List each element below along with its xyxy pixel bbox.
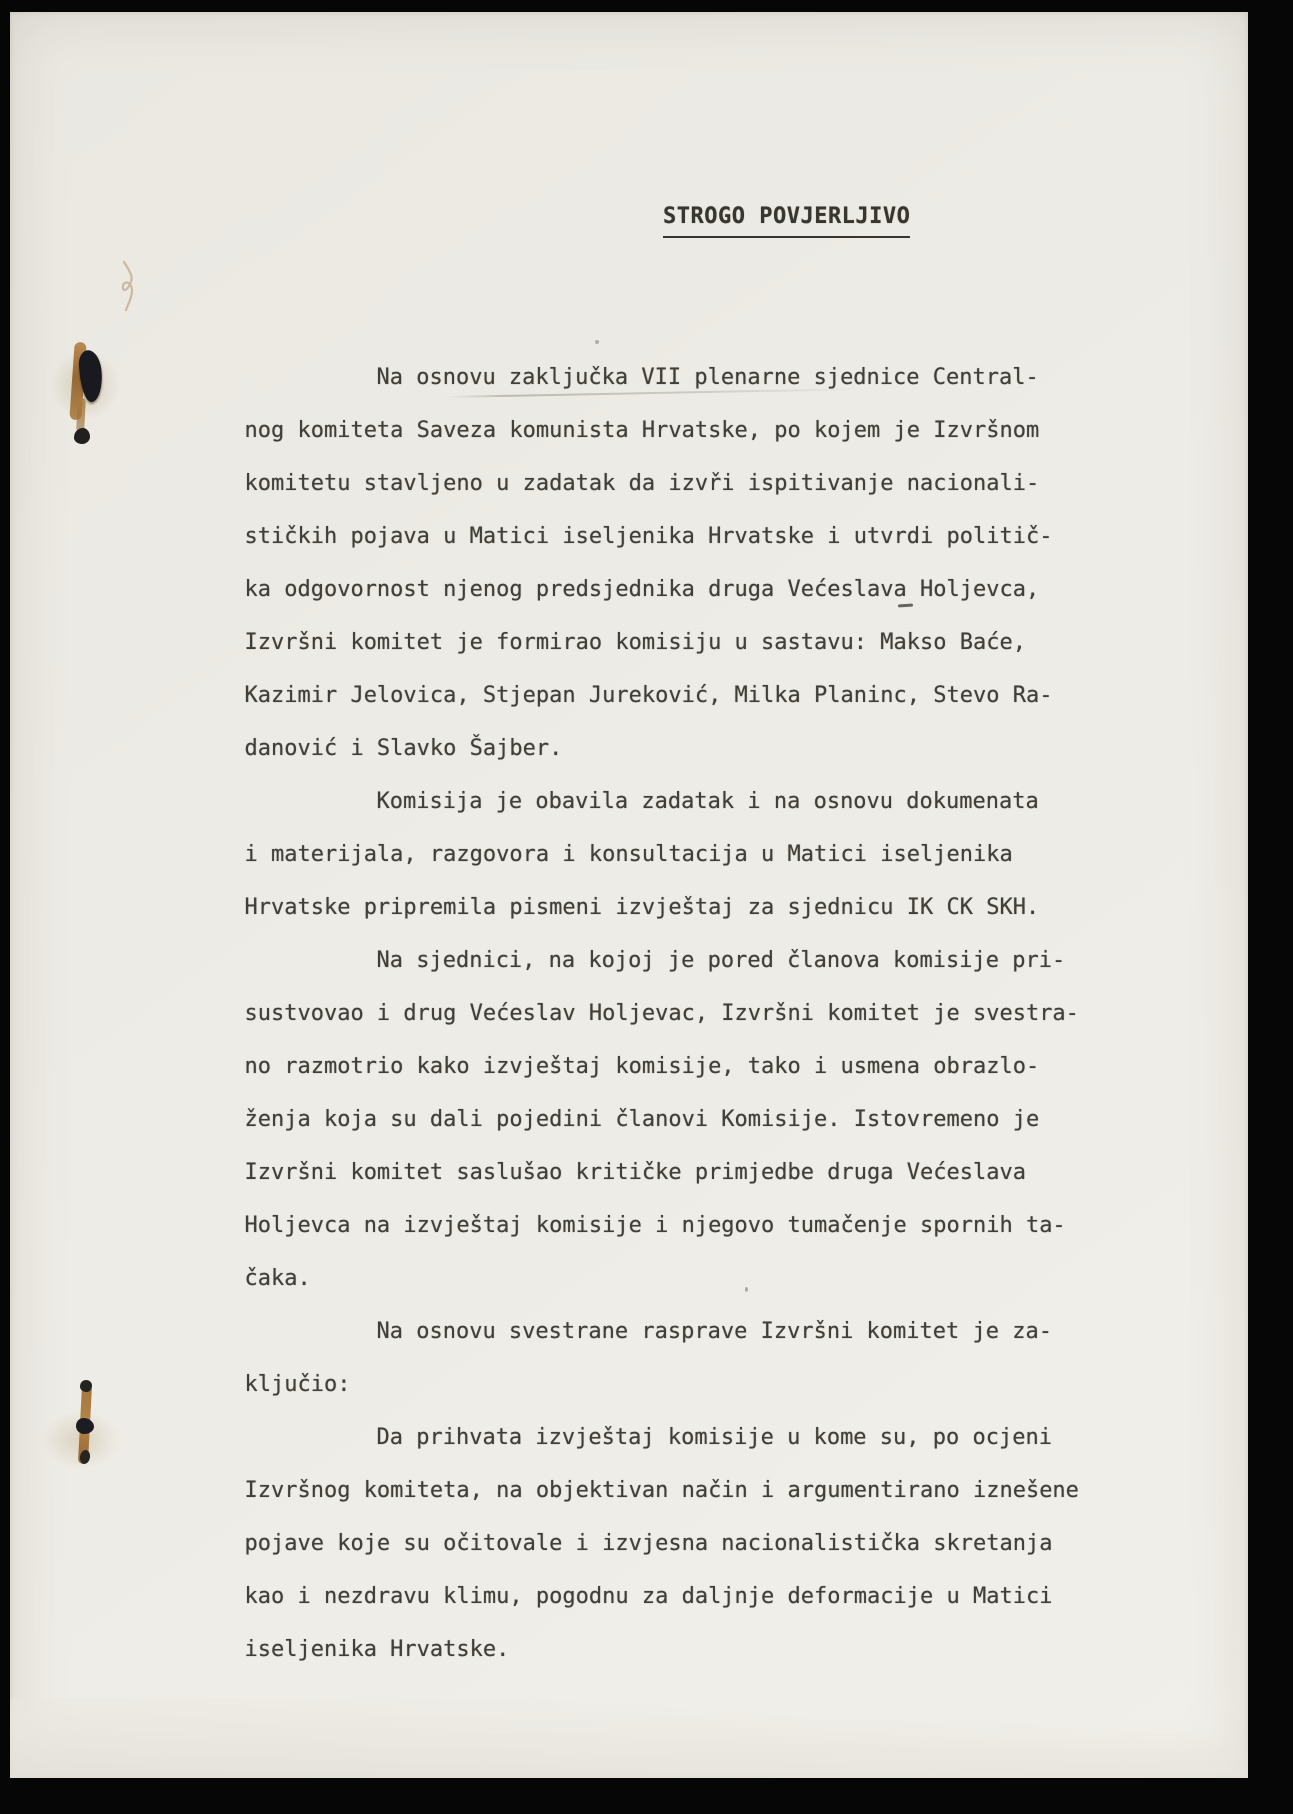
document-body: Na osnovu zaključka VII plenarne sjednic… bbox=[165, 298, 1215, 1623]
document-line: Na osnovu svestrane rasprave Izvršni kom… bbox=[165, 1252, 1215, 1305]
document-line-text: nog komiteta Saveza komunista Hrvatske, … bbox=[244, 418, 1039, 443]
staple-rust-mark-top bbox=[50, 332, 140, 452]
document-line-text: Holjevca na izvještaj komisije i njegovo… bbox=[244, 1213, 1065, 1238]
document-line-text: Izvršni komitet je formirao komisiju u s… bbox=[244, 630, 1025, 655]
document-line-text: Na osnovu zaključka VII plenarne sjednic… bbox=[376, 365, 1038, 390]
document-line-text: stičkih pojava u Matici iseljenika Hrvat… bbox=[244, 524, 1052, 549]
document-line-text: Na osnovu svestrane rasprave Izvršni kom… bbox=[376, 1319, 1052, 1344]
document-line-text: i materijala, razgovora i konsultacija u… bbox=[244, 842, 1012, 867]
document-line-text: sustvovao i drug Većeslav Holjevac, Izvr… bbox=[244, 1001, 1078, 1026]
document-line-text: ženja koja su dali pojedini članovi Komi… bbox=[244, 1107, 1039, 1132]
ink-dot bbox=[76, 1418, 94, 1434]
document-line-text: čaka. bbox=[244, 1266, 310, 1291]
classification-header: STROGO POVJERLJIVO bbox=[165, 202, 1165, 238]
document-line-text: Hrvatske pripremila pismeni izvještaj za… bbox=[244, 895, 1039, 920]
document-line-text: Izvršnog komiteta, na objektivan način i… bbox=[244, 1478, 1078, 1503]
handwritten-check-mark bbox=[110, 258, 150, 314]
document-line-text: Na sjednici, na kojoj je pored članova k… bbox=[376, 948, 1065, 973]
document-line-text: Komisija je obavila zadatak i na osnovu … bbox=[376, 789, 1038, 814]
second-sheet-edge bbox=[10, 1698, 1248, 1778]
document-line-text: ka odgovornost njenog predsjednika druga… bbox=[244, 577, 1039, 602]
ink-dot bbox=[74, 428, 90, 444]
document-line-text: pojave koje su očitovale i izvjesna naci… bbox=[244, 1531, 1052, 1556]
document-line: Na osnovu zaključka VII plenarne sjednic… bbox=[165, 298, 1215, 351]
document-line-text: no razmotrio kako izvještaj komisije, ta… bbox=[244, 1054, 1039, 1079]
classification-label: STROGO POVJERLJIVO bbox=[663, 202, 910, 238]
staple-rust-mark-bottom bbox=[50, 1380, 130, 1500]
paper-speck bbox=[745, 1287, 748, 1292]
document-line-text: Da prihvata izvještaj komisije u kome su… bbox=[376, 1425, 1052, 1450]
scanned-document-page: STROGO POVJERLJIVO Na osnovu zaključka V… bbox=[10, 12, 1248, 1778]
document-line-text: iseljenika Hrvatske. bbox=[244, 1637, 509, 1662]
rust-tail bbox=[76, 398, 86, 432]
document-line-text: Kazimir Jelovica, Stjepan Jureković, Mil… bbox=[244, 683, 1052, 708]
document-line-text: Izvršni komitet saslušao kritičke primje… bbox=[244, 1160, 1025, 1185]
document-line-text: kao i nezdravu klimu, pogodnu za daljnje… bbox=[244, 1584, 1052, 1609]
document-line-text: danović i Slavko Šajber. bbox=[244, 736, 562, 761]
document-line-text: ključio: bbox=[244, 1372, 350, 1397]
paper-speck bbox=[595, 340, 599, 344]
document-line-text: komitetu stavljeno u zadatak da izvři is… bbox=[244, 471, 1039, 496]
ink-dot bbox=[80, 1380, 92, 1392]
